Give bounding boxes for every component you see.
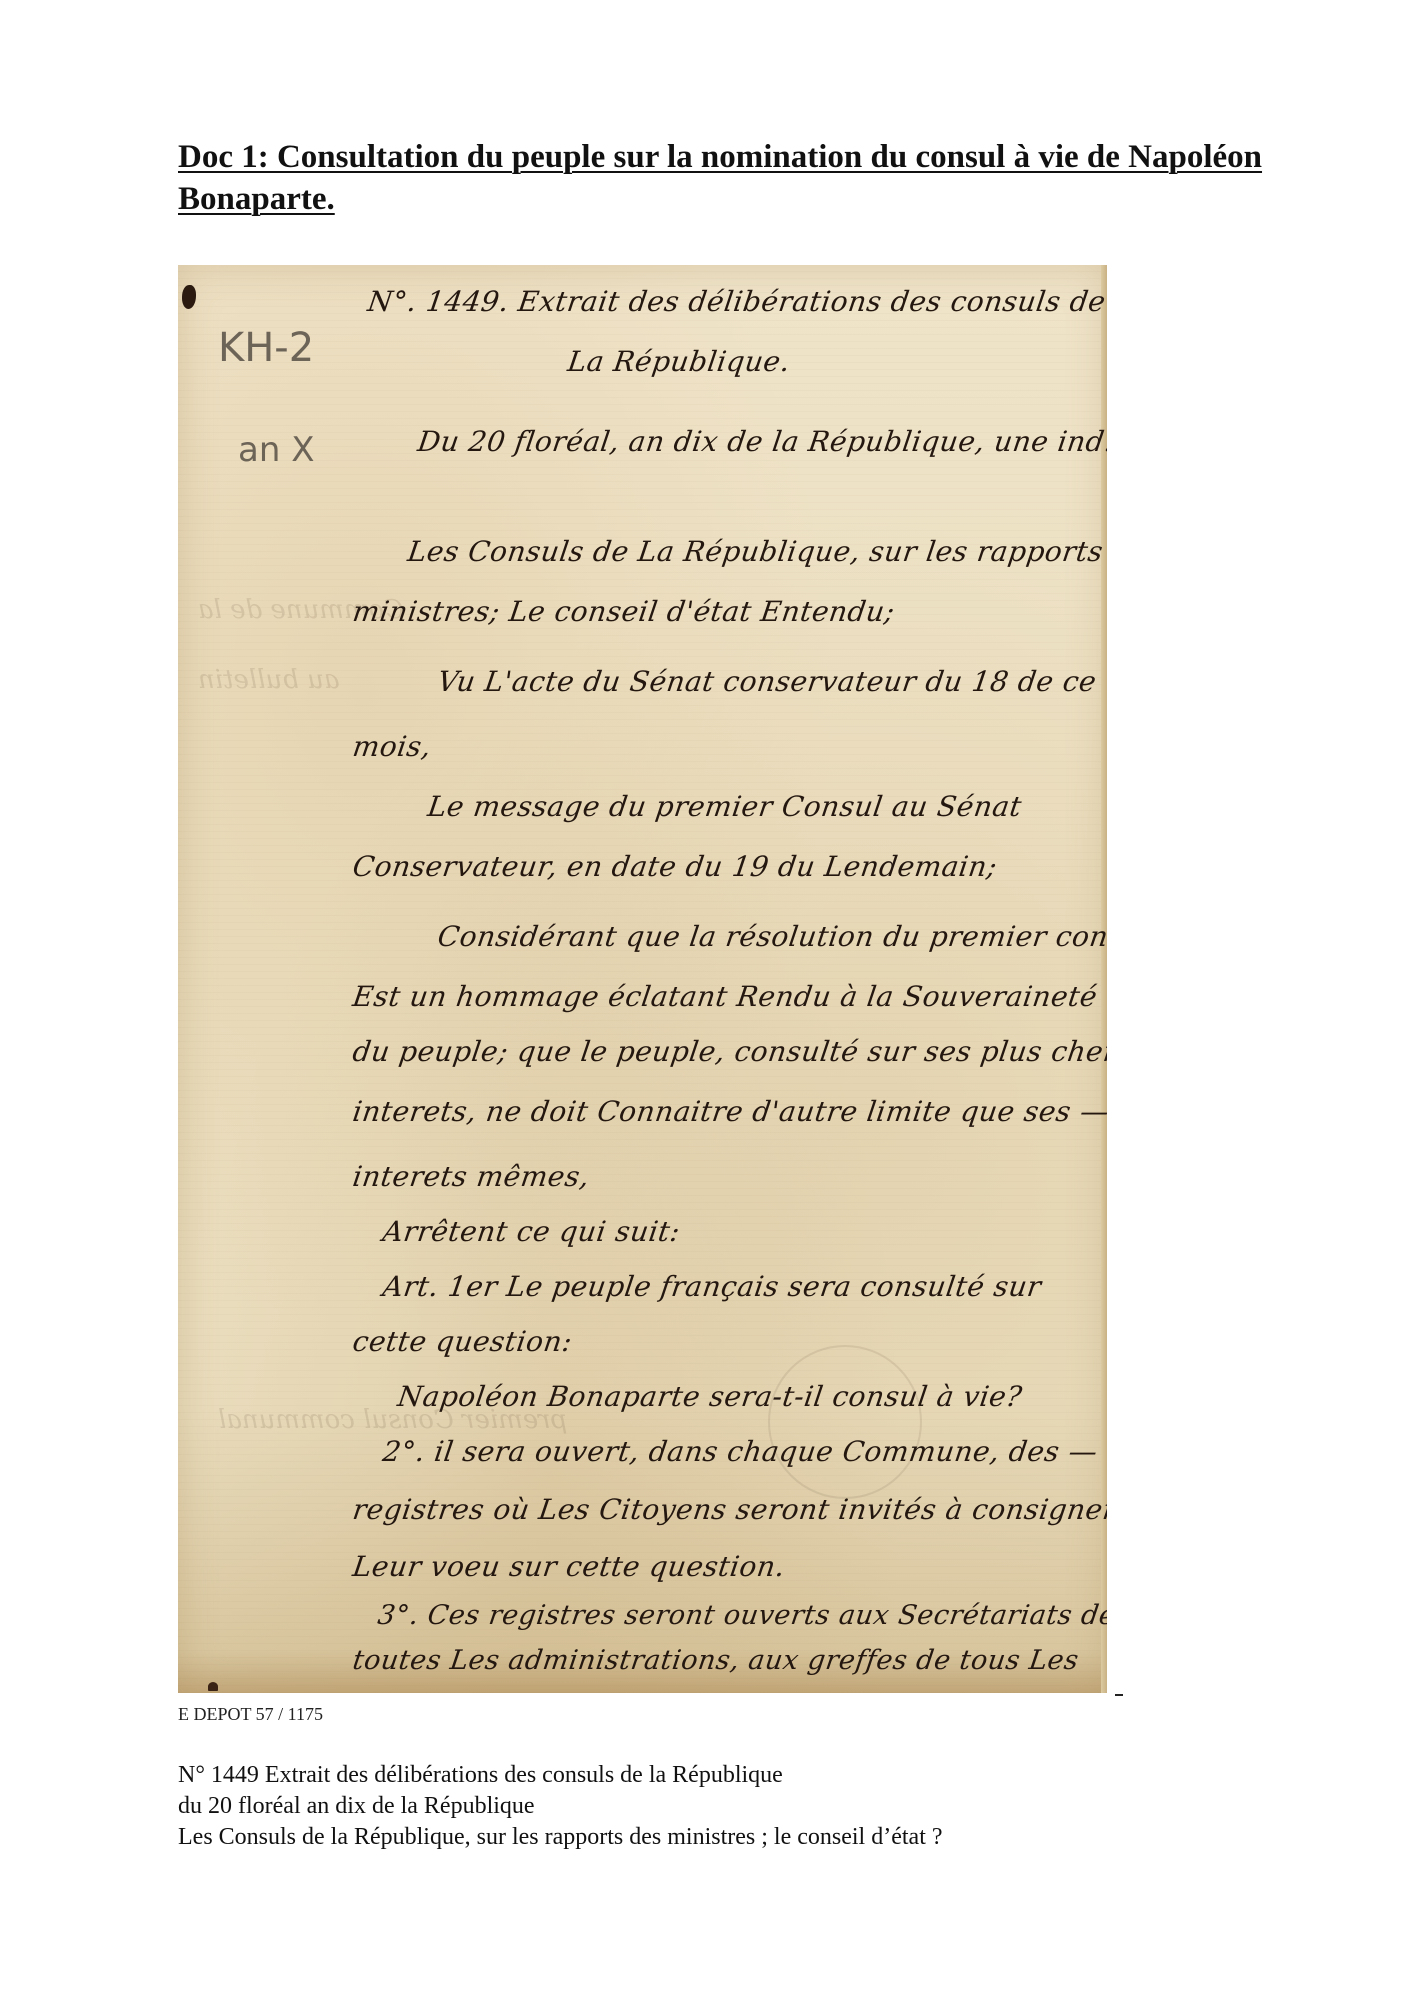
manuscript-line: La République. [566, 345, 793, 378]
manuscript-line: 3°. Ces registres seront ouverts aux Sec… [376, 1600, 1107, 1631]
manuscript-line: Du 20 floréal, an dix de la République, … [416, 425, 1107, 458]
manuscript-line: registres où Les Citoyens seront invités… [351, 1493, 1107, 1526]
transcription-line: du 20 floréal an dix de la République [178, 1791, 943, 1822]
manuscript-line: mois, [351, 730, 434, 763]
manuscript-line: Napoléon Bonaparte sera-t-il consul à vi… [396, 1380, 1025, 1413]
manuscript-line: Arrêtent ce qui suit: [381, 1215, 683, 1248]
manuscript-line: Considérant que la résolution du premier… [436, 920, 1107, 953]
manuscript-line: N°. 1449. Extrait des délibérations des … [366, 285, 1107, 318]
manuscript-scan-image: Commune de la au bulletin premier Consul… [178, 265, 1107, 1693]
document-title: Doc 1: Consultation du peuple sur la nom… [178, 136, 1308, 220]
transcription-line: N° 1449 Extrait des délibérations des co… [178, 1760, 943, 1791]
ink-blot [182, 285, 196, 309]
manuscript-line: ministres; Le conseil d'état Entendu; [351, 595, 897, 628]
manuscript-line: interets, ne doit Connaitre d'autre limi… [351, 1095, 1107, 1128]
manuscript-line: Conservateur, en date du 19 du Lendemain… [351, 850, 1000, 883]
manuscript-line: Le message du premier Consul au Sénat [426, 790, 1024, 823]
manuscript-line: toutes Les administrations, aux greffes … [351, 1645, 1081, 1676]
bleed-through-text: au bulletin [198, 665, 339, 695]
stray-mark [1115, 1694, 1123, 1696]
manuscript-line: Les Consuls de La République, sur les ra… [406, 535, 1107, 568]
image-caption: E DEPOT 57 / 1175 [178, 1704, 323, 1725]
manuscript-line: Art. 1er Le peuple français sera consult… [381, 1270, 1044, 1303]
ink-blot [208, 1682, 218, 1691]
margin-note-pencil: KH-2 [218, 325, 314, 371]
manuscript-line: Est un hommage éclatant Rendu à la Souve… [351, 980, 1100, 1013]
manuscript-line: Leur voeu sur cette question. [351, 1550, 788, 1583]
page-edge [1101, 265, 1107, 1693]
manuscript-line: du peuple; que le peuple, consulté sur s… [351, 1035, 1107, 1068]
manuscript-line: 2°. il sera ouvert, dans chaque Commune,… [381, 1435, 1100, 1468]
transcription-line: Les Consuls de la République, sur les ra… [178, 1822, 943, 1853]
transcription-block: N° 1449 Extrait des délibérations des co… [178, 1760, 943, 1853]
margin-note-pencil: an X [238, 430, 314, 470]
manuscript-line: cette question: [351, 1325, 575, 1358]
faded-stamp [768, 1345, 922, 1499]
manuscript-line: interets mêmes, [351, 1160, 592, 1193]
manuscript-line: Vu L'acte du Sénat conservateur du 18 de… [436, 665, 1099, 698]
